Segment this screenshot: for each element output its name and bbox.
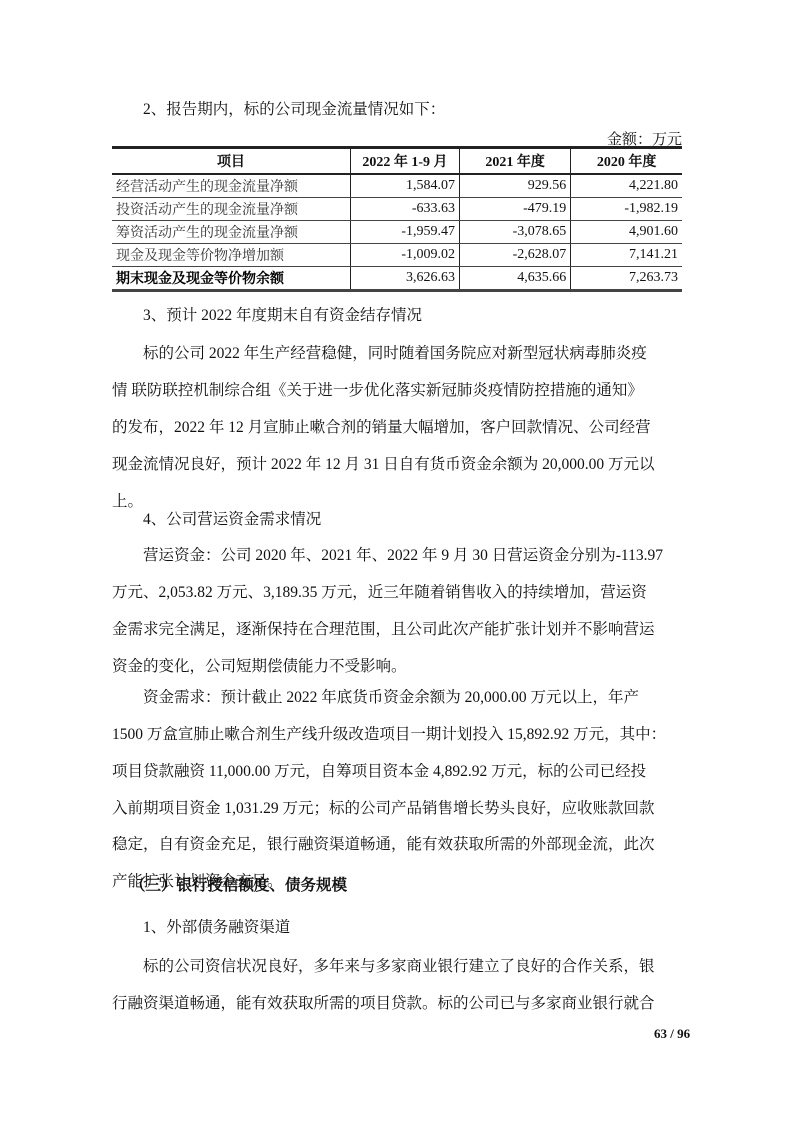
table-row: 投资活动产生的现金流量净额 -633.63 -479.19 -1,982.19 bbox=[112, 198, 682, 221]
table-row: 筹资活动产生的现金流量净额 -1,959.47 -3,078.65 4,901.… bbox=[112, 221, 682, 244]
row-label: 期末现金及现金等价物余额 bbox=[112, 267, 350, 291]
row-label: 现金及现金等价物净增加额 bbox=[112, 244, 350, 267]
text-line: 入前期项目资金 1,031.29 万元；标的公司产品销售增长势头良好，应收账款回… bbox=[112, 790, 682, 827]
header-item: 项目 bbox=[112, 148, 350, 175]
header-2022-1-9: 2022 年 1-9 月 bbox=[350, 148, 459, 175]
cell-value: -2,628.07 bbox=[460, 244, 571, 267]
table-header-row: 项目 2022 年 1-9 月 2021 年度 2020 年度 bbox=[112, 148, 682, 175]
table-row-total: 期末现金及现金等价物余额 3,626.63 4,635.66 7,263.73 bbox=[112, 267, 682, 291]
cell-value: -479.19 bbox=[460, 198, 571, 221]
cell-value: -1,959.47 bbox=[350, 221, 459, 244]
text-line: 行融资渠道畅通，能有效获取所需的项目贷款。标的公司已与多家商业银行就合 bbox=[112, 985, 682, 1022]
row-label: 投资活动产生的现金流量净额 bbox=[112, 198, 350, 221]
cell-value: 7,141.21 bbox=[571, 244, 682, 267]
header-2021: 2021 年度 bbox=[460, 148, 571, 175]
document-page: 2、报告期内，标的公司现金流量情况如下： 金额：万元 项目 2022 年 1-9… bbox=[0, 0, 793, 1122]
row-label: 筹资活动产生的现金流量净额 bbox=[112, 221, 350, 244]
text-line: 的发布，2022 年 12 月宣肺止嗽合剂的销量大幅增加，客户回款情况、公司经营 bbox=[112, 409, 682, 446]
text-line: 1500 万盒宣肺止嗽合剂生产线升级改造项目一期计划投入 15,892.92 万… bbox=[112, 716, 682, 753]
row-label: 经营活动产生的现金流量净额 bbox=[112, 174, 350, 198]
text-line: 金需求完全满足，逐渐保持在合理范围，且公司此次产能扩张计划并不影响营运 bbox=[112, 611, 682, 648]
cash-flow-table: 项目 2022 年 1-9 月 2021 年度 2020 年度 经营活动产生的现… bbox=[112, 146, 682, 292]
table-row: 现金及现金等价物净增加额 -1,009.02 -2,628.07 7,141.2… bbox=[112, 244, 682, 267]
section-2-heading: 2、报告期内，标的公司现金流量情况如下： bbox=[143, 100, 445, 120]
text-line: 现金流情况良好，预计 2022 年 12 月 31 日自有货币资金余额为 20,… bbox=[112, 446, 682, 483]
cell-value: -1,982.19 bbox=[571, 198, 682, 221]
header-2020: 2020 年度 bbox=[571, 148, 682, 175]
cell-value: 4,635.66 bbox=[460, 267, 571, 291]
text-line: 项目贷款融资 11,000.00 万元，自筹项目资本金 4,892.92 万元，… bbox=[112, 753, 682, 790]
cell-value: 4,901.60 bbox=[571, 221, 682, 244]
text-line: 营运资金：公司 2020 年、2021 年、2022 年 9 月 30 日营运资… bbox=[112, 537, 682, 574]
cell-value: -633.63 bbox=[350, 198, 459, 221]
table-row: 经营活动产生的现金流量净额 1,584.07 929.56 4,221.80 bbox=[112, 174, 682, 198]
section-three-heading: （三）银行授信额度、债务规模 bbox=[130, 876, 347, 896]
cell-value: -1,009.02 bbox=[350, 244, 459, 267]
cell-value: -3,078.65 bbox=[460, 221, 571, 244]
cell-value: 1,584.07 bbox=[350, 174, 459, 198]
section-4-heading: 4、公司营运资金需求情况 bbox=[143, 510, 321, 530]
page-number: 63 / 96 bbox=[654, 1026, 690, 1042]
section-3-heading: 3、预计 2022 年度期末自有资金结存情况 bbox=[143, 306, 422, 326]
cell-value: 929.56 bbox=[460, 174, 571, 198]
cell-value: 4,221.80 bbox=[571, 174, 682, 198]
text-line: 万元、2,053.82 万元、3,189.35 万元，近三年随着销售收入的持续增… bbox=[112, 574, 682, 611]
cell-value: 7,263.73 bbox=[571, 267, 682, 291]
text-line: 情 联防联控机制综合组《关于进一步优化落实新冠肺炎疫情防控措施的通知》 bbox=[112, 372, 682, 409]
text-line: 标的公司资信状况良好，多年来与多家商业银行建立了良好的合作关系，银 bbox=[112, 948, 682, 985]
cell-value: 3,626.63 bbox=[350, 267, 459, 291]
text-line: 资金需求：预计截止 2022 年底货币资金余额为 20,000.00 万元以上，… bbox=[112, 679, 682, 716]
section-three-subheading: 1、外部债务融资渠道 bbox=[143, 918, 290, 938]
text-line: 稳定，自有资金充足，银行融资渠道畅通，能有效获取所需的外部现金流，此次 bbox=[112, 826, 682, 863]
text-line: 标的公司 2022 年生产经营稳健，同时随着国务院应对新型冠状病毒肺炎疫 bbox=[112, 335, 682, 372]
